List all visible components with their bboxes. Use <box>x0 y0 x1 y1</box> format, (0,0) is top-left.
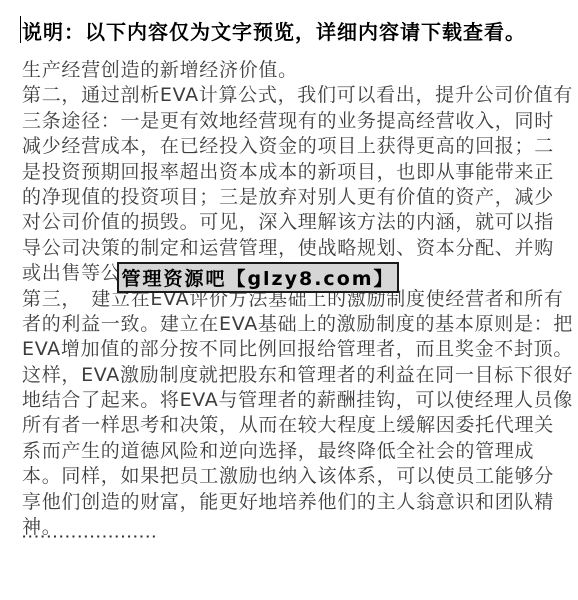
text-line: 第二，通过剖析EVA计算公式，我们可以看出，提升公司价值有 <box>22 83 567 108</box>
text-line: 减少经营成本，在已经投入资金的项目上获得更高的回报；二 <box>22 134 567 159</box>
text-line: 地结合了起来。将EVA与管理者的薪酬挂钩，可以使经理人员像 <box>22 388 567 413</box>
watermark-site-label: 管理资源吧【glzy8.com】 <box>121 264 394 291</box>
watermark-box[interactable]: 管理资源吧【glzy8.com】 <box>117 262 399 293</box>
text-line: 生产经营创造的新增经济价值。 <box>22 58 567 83</box>
text-line: 所有者一样思考和决策，从而在较大程度上缓解因委托代理关 <box>22 413 567 438</box>
text-line: 者的利益一致。建立在EVA基础上的激励制度的基本原则是：把 <box>22 312 567 337</box>
text-line: 的净现值的投资项目；三是放弃对别人更有价值的资产，减少 <box>22 185 567 210</box>
text-line: 本。同样，如果把员工激励也纳入该体系，可以使员工能够分 <box>22 464 567 489</box>
text-line: 这样，EVA激励制度就把股东和管理者的利益在同一目标下很好 <box>22 363 567 388</box>
document-preview-page: 说明：以下内容仅为文字预览，详细内容请下载查看。 生产经营创造的新增经济价值。第… <box>0 0 578 600</box>
text-cursor <box>20 16 21 43</box>
text-line: 是投资预期回报率超出资本成本的新项目，也即从事能带来正 <box>22 160 567 185</box>
text-line: EVA增加值的部分按不同比例回报给管理者，而且奖金不封顶。 <box>22 337 567 362</box>
trailing-dots-line: ······················ <box>22 530 158 543</box>
text-line: 三条途径：一是更有效地经营现有的业务提高经营收入，同时 <box>22 109 567 134</box>
text-line: 对公司价值的损毁。可见，深入理解该方法的内涵，就可以指 <box>22 210 567 235</box>
text-line: 系而产生的道德风险和逆向选择，最终降低全社会的管理成 <box>22 439 567 464</box>
document-body: 生产经营创造的新增经济价值。第二，通过剖析EVA计算公式，我们可以看出，提升公司… <box>22 58 567 540</box>
text-line: 享他们创造的财富，能更好地培养他们的主人翁意识和团队精 <box>22 490 567 515</box>
preview-notice-header: 说明：以下内容仅为文字预览，详细内容请下载查看。 <box>22 16 526 45</box>
text-line: 导公司决策的制定和运营管理，使战略规划、资本分配、并购 <box>22 236 567 261</box>
